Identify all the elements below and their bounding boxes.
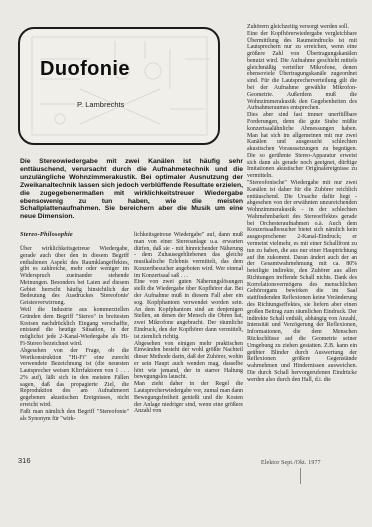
paragraph: Abgesehen von der Frage, ob die Wortkons… <box>20 348 129 409</box>
footer-magazine-issue: Elektor Sept./Okt. 1977 <box>261 460 321 466</box>
scan-edge-mark <box>300 468 301 484</box>
paragraph: Zuhörern gleichzeitig versorgt werden so… <box>247 24 357 31</box>
section-heading: Stereo-Philosophie <box>20 231 73 238</box>
paragraph: Dies aber sind fast immer unerfüllbare F… <box>247 112 357 180</box>
column-left: Über wirklichkeitsgetreue Wiedergabe, ge… <box>20 246 129 422</box>
paragraph: Man zieht daher in der Regel die Lautspr… <box>134 381 243 415</box>
column-right: Zuhörern gleichzeitig versorgt werden so… <box>247 24 357 383</box>
article-author: P. Lambrechts <box>77 100 124 109</box>
paragraph: Über wirklichkeitsgetreue Wiedergabe, ge… <box>20 246 129 307</box>
paragraph: lichkeitsgetreue Wiedergabe" auf, dann m… <box>134 232 243 279</box>
ghost-schematic-watermark-icon <box>20 29 218 143</box>
intro-paragraph: Die Stereowiedergabe mit zwei Kanälen is… <box>20 158 243 221</box>
article-title-box: Duofonie P. Lambrechts <box>18 27 220 145</box>
paragraph: Abgesehen von einigen mehr praktischen E… <box>134 341 243 382</box>
magazine-page: Duofonie P. Lambrechts Die Stereowiederg… <box>0 0 372 527</box>
article-title: Duofonie <box>40 58 130 81</box>
column-middle: lichkeitsgetreue Wiedergabe" auf, dann m… <box>134 232 243 415</box>
paragraph: Eine von zwei guten Näherungslösungen st… <box>134 279 243 340</box>
paragraph: Eine der Kopfhörerwiedergabe vergleichba… <box>247 31 357 112</box>
paragraph: "Stereofonische" Wiedergabe mit nur zwei… <box>247 180 357 383</box>
page-number: 316 <box>18 456 31 465</box>
paragraph: Faßt man nämlich den Begriff "Stereofoni… <box>20 409 129 423</box>
paragraph: Weil die Industrie aus kommerziellen Grü… <box>20 307 129 348</box>
